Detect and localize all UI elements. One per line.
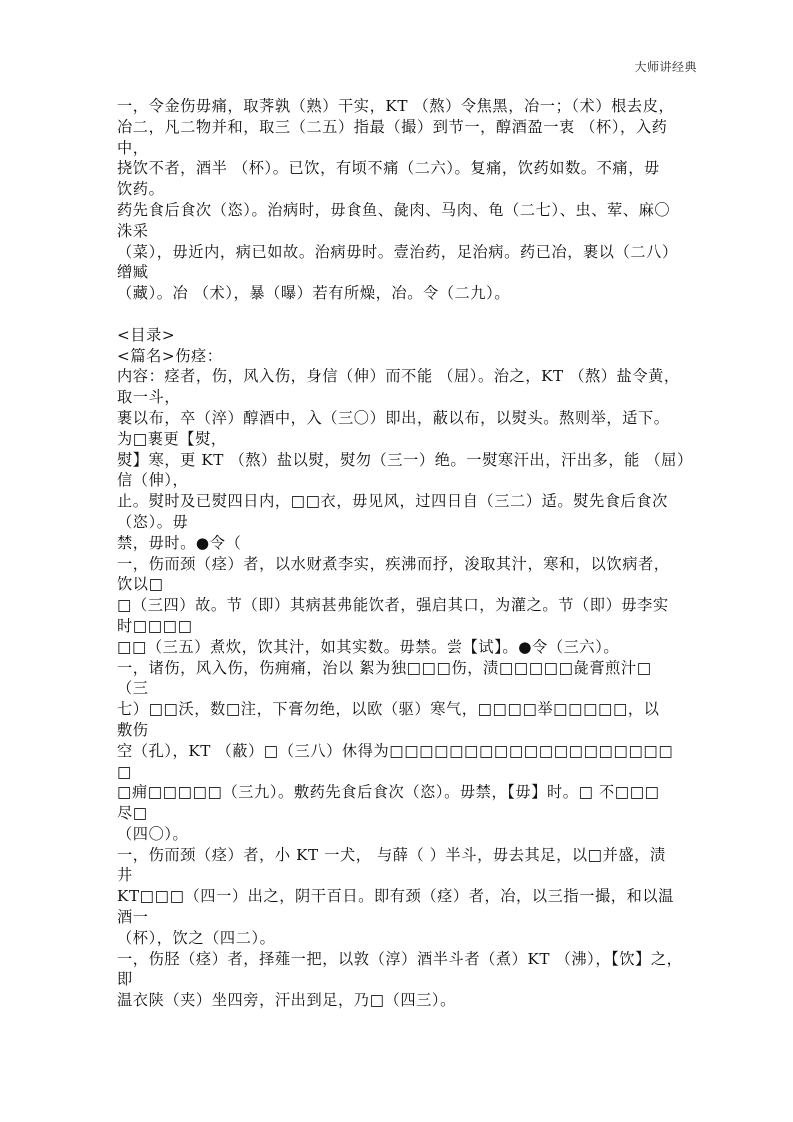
text-line: 一，令金伤毋痛，取荠孰（熟）干实，KT （熬）令焦黑，冶一；（术）根去皮， (117, 96, 683, 117)
text-line: 一，伤而颈（痉）者，小 KT 一犬， 与薛（ ）半斗，毋去其足，以□并盛，渍 (117, 845, 683, 866)
text-line: □ (117, 762, 683, 783)
document-body: 一，令金伤毋痛，取荠孰（熟）干实，KT （熬）令焦黑，冶一；（术）根去皮， 冶二… (117, 96, 683, 1011)
text-line: （恣）。毋 (117, 512, 683, 533)
text-line: 一，伤而颈（痉）者，以水财煮李实，疾沸而抒，浚取其汁，寒和，以饮病者， (117, 554, 683, 575)
text-line: 裹以布，卒（淬）醇酒中，入（三〇）即出，蔽以布，以熨头。熬则举，适下。 (117, 408, 683, 429)
text-line: 中， (117, 138, 683, 159)
text-line: 止。熨时及已熨四日内，□□衣，毋见风，过四日自（三二）适。熨先食后食次 (117, 491, 683, 512)
text-line: 饮以□ (117, 574, 683, 595)
text-line: （杯），饮之（四二）。 (117, 928, 683, 949)
text-line: 洙采 (117, 221, 683, 242)
text-line: 缯臧 (117, 262, 683, 283)
text-line: 酒一 (117, 907, 683, 928)
text-line: □（三四）故。节（即）其病甚弗能饮者，强启其口，为灌之。节（即）毋李实 (117, 595, 683, 616)
text-line: 空（孔），KT （蔽）□（三八）休得为□□□□□□□□□□□□□□□□□□□ (117, 741, 683, 762)
text-line: 即 (117, 969, 683, 990)
text-line: 时□□□□ (117, 616, 683, 637)
text-line: （四〇）。 (117, 824, 683, 845)
section-tag-title: <篇名>伤痉： (117, 346, 683, 367)
text-line: 温衣陕（夹）坐四旁，汗出到足，乃□（四三）。 (117, 990, 683, 1011)
text-line: 内容：痉者，伤，风入伤，身信（伸）而不能 （屈）。治之，KT （熬）盐令黄， (117, 366, 683, 387)
text-line: 药先食后食次（恣）。治病时，毋食鱼、彘肉、马肉、龟（二七）、虫、荤、麻〇 (117, 200, 683, 221)
text-line: 禁，毋时。●令（ (117, 533, 683, 554)
text-line: 饮药。 (117, 179, 683, 200)
blank-line (117, 304, 683, 325)
text-line: 七）□□沃，数□注，下膏勿绝，以欧（驱）寒气，□□□□举□□□□□，以 (117, 699, 683, 720)
text-line: 为□裹更【熨， (117, 429, 683, 450)
text-line: 挠饮不者，酒半 （杯）。已饮，有顷不痛（二六）。复痛，饮药如数。不痛，毋 (117, 158, 683, 179)
text-line: KT□□□（四一）出之，阴干百日。即有颈（痉）者，冶，以三指一撮，和以温 (117, 886, 683, 907)
text-line: □□（三五）煮炊，饮其汁，如其实数。毋禁。尝【试】。●令（三六）。 (117, 637, 683, 658)
text-line: 熨】寒，更 KT （熬）盐以熨，熨勿（三一）绝。一熨寒汗出，汗出多，能 （屈） (117, 450, 683, 471)
text-line: （菜），毋近内，病已如故。治病毋时。壹治药，足治病。药已冶，裹以（二八） (117, 242, 683, 263)
text-line: 一，诸伤，风入伤，伤痈痛，治以 絮为独□□□伤，渍□□□□□彘膏煎汁□ (117, 658, 683, 679)
text-line: 尽□ (117, 803, 683, 824)
text-line: 冶二，凡二物并和，取三（二五）指最（撮）到节一，醇酒盈一衷 （杯），入药 (117, 117, 683, 138)
text-line: （三 (117, 678, 683, 699)
text-line: 信（伸）， (117, 470, 683, 491)
text-line: 井 (117, 865, 683, 886)
text-line: 一，伤胫（痉）者，择薤一把，以敦（淳）酒半斗者（煮）KT （沸），【饮】之， (117, 949, 683, 970)
text-line: 敷伤 (117, 720, 683, 741)
section-tag-toc: <目录> (117, 325, 683, 346)
page-header-title: 大师讲经典 (634, 58, 697, 75)
text-line: （藏）。冶 （术），暴（曝）若有所燥，冶。令（二九）。 (117, 283, 683, 304)
text-line: 取一斗， (117, 387, 683, 408)
text-line: □痈□□□□□（三九）。敷药先食后食次（恣）。毋禁，【毋】时。□ 不□□□ (117, 782, 683, 803)
